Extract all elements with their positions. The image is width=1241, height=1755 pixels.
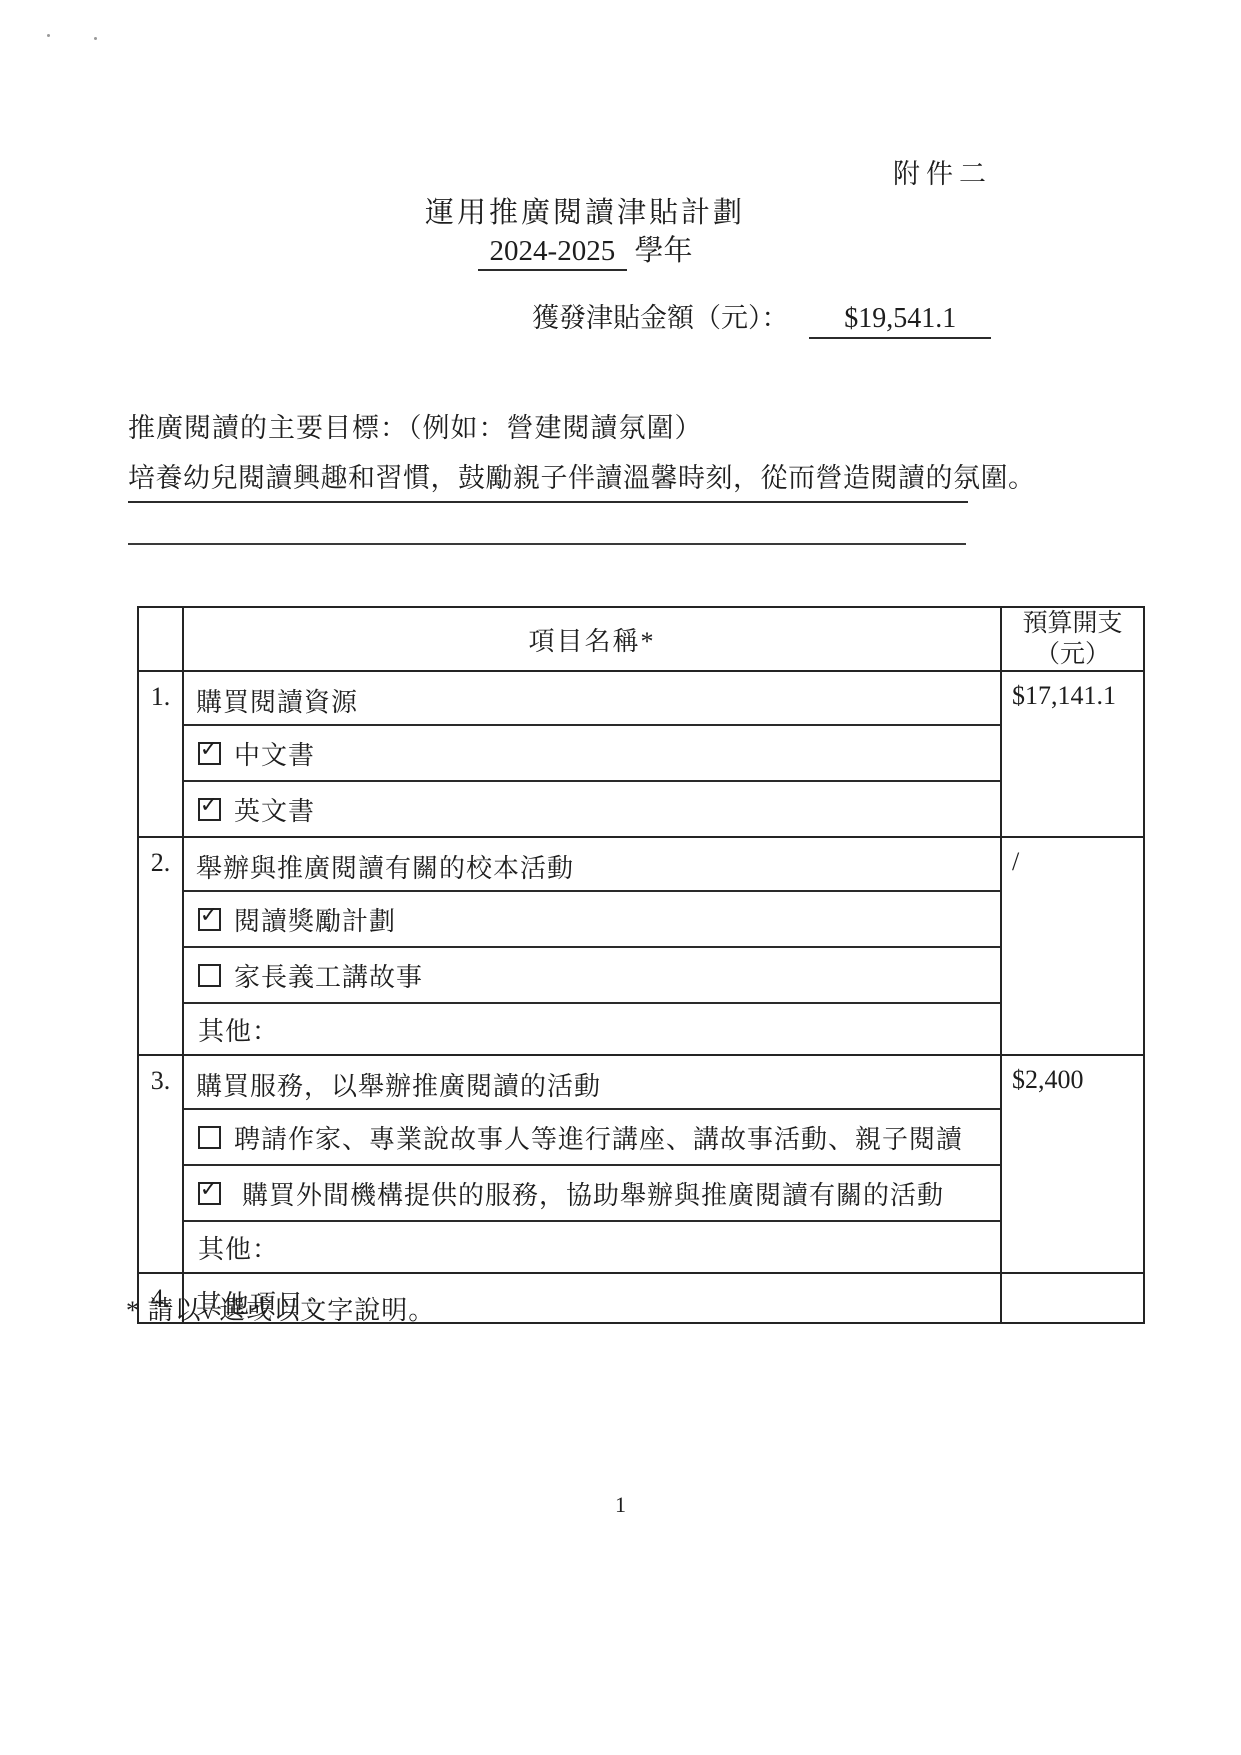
checkbox-checked-icon: ✓ xyxy=(198,1182,221,1205)
table-row: 其他： xyxy=(184,1220,1000,1272)
checkbox-unchecked-icon xyxy=(198,964,221,987)
group-1-title: 購買閱讀資源 xyxy=(184,672,1000,724)
header-budget-line1: 預算開支 xyxy=(1022,608,1122,639)
table-row: 聘請作家、專業說故事人等進行講座、講故事活動、親子閱讀 xyxy=(184,1108,1000,1164)
check-mark: ✓ xyxy=(200,905,219,927)
budget-value xyxy=(1000,1274,1143,1322)
objective-label: 推廣閱讀的主要目標：（例如：營建閱讀氛圍） xyxy=(128,406,703,445)
table-header-row: 項目名稱* 預算開支 （元） xyxy=(139,608,1143,672)
table-group-1: 1. 購買閱讀資源 ✓ 中文書 ✓ 英文書 $17,141.1 xyxy=(139,672,1143,838)
other-label: 其他： xyxy=(198,1229,279,1266)
other-label: 其他： xyxy=(198,1011,279,1048)
budget-value: $2,400 xyxy=(1000,1056,1143,1272)
annex-label: 附件二 xyxy=(893,152,992,191)
row-number: 2. xyxy=(139,838,184,1054)
checkbox-checked-icon: ✓ xyxy=(198,908,221,931)
grant-amount-line: 獲發津貼金額（元）： $19,541.1 xyxy=(532,296,991,339)
scan-artifact-dot xyxy=(47,34,50,37)
sub-item-label: 中文書 xyxy=(234,735,315,772)
page-number: 1 xyxy=(0,1492,1241,1518)
sub-item-label: 聘請作家、專業說故事人等進行講座、講故事活動、親子閱讀 xyxy=(234,1119,963,1156)
checkbox-unchecked-icon xyxy=(198,1126,221,1149)
table-row: 家長義工講故事 xyxy=(184,946,1000,1002)
check-mark: ✓ xyxy=(200,1179,219,1201)
table-group-3: 3. 購買服務，以舉辦推廣閱讀的活動 聘請作家、專業說故事人等進行講座、講故事活… xyxy=(139,1056,1143,1274)
sub-item-label: 英文書 xyxy=(234,791,315,828)
school-year-suffix: 學年 xyxy=(634,235,692,267)
header-budget-line2: （元） xyxy=(1035,639,1110,670)
scan-artifact-dot xyxy=(94,37,97,40)
group-2-items: 舉辦與推廣閱讀有關的校本活動 ✓ 閱讀獎勵計劃 家長義工講故事 其他： xyxy=(184,838,1000,1054)
budget-value: $17,141.1 xyxy=(1000,672,1143,836)
check-mark: ✓ xyxy=(200,795,219,817)
table-group-2: 2. 舉辦與推廣閱讀有關的校本活動 ✓ 閱讀獎勵計劃 家長義工講故事 其他： / xyxy=(139,838,1143,1056)
table-row: ✓ 中文書 xyxy=(184,724,1000,780)
checkbox-checked-icon: ✓ xyxy=(198,742,221,765)
title-block: 運用推廣閱讀津貼計劃 xyxy=(0,190,1170,231)
scanned-form-page: 附件二 運用推廣閱讀津貼計劃 2024-2025 學年 獲發津貼金額（元）： $… xyxy=(0,0,1241,1755)
budget-value: / xyxy=(1000,838,1143,1054)
school-year-value: 2024-2025 xyxy=(478,235,628,271)
objective-answer: 培養幼兒閱讀興趣和習慣，鼓勵親子伴讀溫馨時刻，從而營造閱讀的氛圍。 xyxy=(128,456,968,503)
blank-answer-line xyxy=(128,543,966,545)
header-number-cell xyxy=(139,608,184,670)
footnote: * 請以✓選或以文字說明。 xyxy=(126,1290,435,1327)
checkbox-checked-icon: ✓ xyxy=(198,798,221,821)
sub-item-label: 購買外間機構提供的服務，協助舉辦與推廣閱讀有關的活動 xyxy=(242,1175,944,1212)
group-2-title: 舉辦與推廣閱讀有關的校本活動 xyxy=(184,838,1000,890)
sub-item-label: 閱讀獎勵計劃 xyxy=(234,901,396,938)
row-number: 1. xyxy=(139,672,184,836)
grant-amount-label: 獲發津貼金額（元）： xyxy=(532,303,789,333)
document-title: 運用推廣閱讀津貼計劃 xyxy=(425,197,745,229)
row-number: 3. xyxy=(139,1056,184,1272)
table-row: ✓ 英文書 xyxy=(184,780,1000,836)
header-budget: 預算開支 （元） xyxy=(1000,608,1143,670)
group-3-items: 購買服務，以舉辦推廣閱讀的活動 聘請作家、專業說故事人等進行講座、講故事活動、親… xyxy=(184,1056,1000,1272)
table-row: ✓ 閱讀獎勵計劃 xyxy=(184,890,1000,946)
header-item-name: 項目名稱* xyxy=(184,608,1000,670)
group-3-title: 購買服務，以舉辦推廣閱讀的活動 xyxy=(184,1056,1000,1108)
grant-amount-value: $19,541.1 xyxy=(809,303,991,339)
sub-item-label: 家長義工講故事 xyxy=(234,957,423,994)
budget-table: 項目名稱* 預算開支 （元） 1. 購買閱讀資源 ✓ 中文書 ✓ 英文書 $17… xyxy=(137,606,1145,1324)
table-row: 其他： xyxy=(184,1002,1000,1054)
school-year-line: 2024-2025 學年 xyxy=(0,228,1170,269)
group-1-items: 購買閱讀資源 ✓ 中文書 ✓ 英文書 xyxy=(184,672,1000,836)
check-mark: ✓ xyxy=(200,739,219,761)
table-row: ✓ 購買外間機構提供的服務，協助舉辦與推廣閱讀有關的活動 xyxy=(184,1164,1000,1220)
